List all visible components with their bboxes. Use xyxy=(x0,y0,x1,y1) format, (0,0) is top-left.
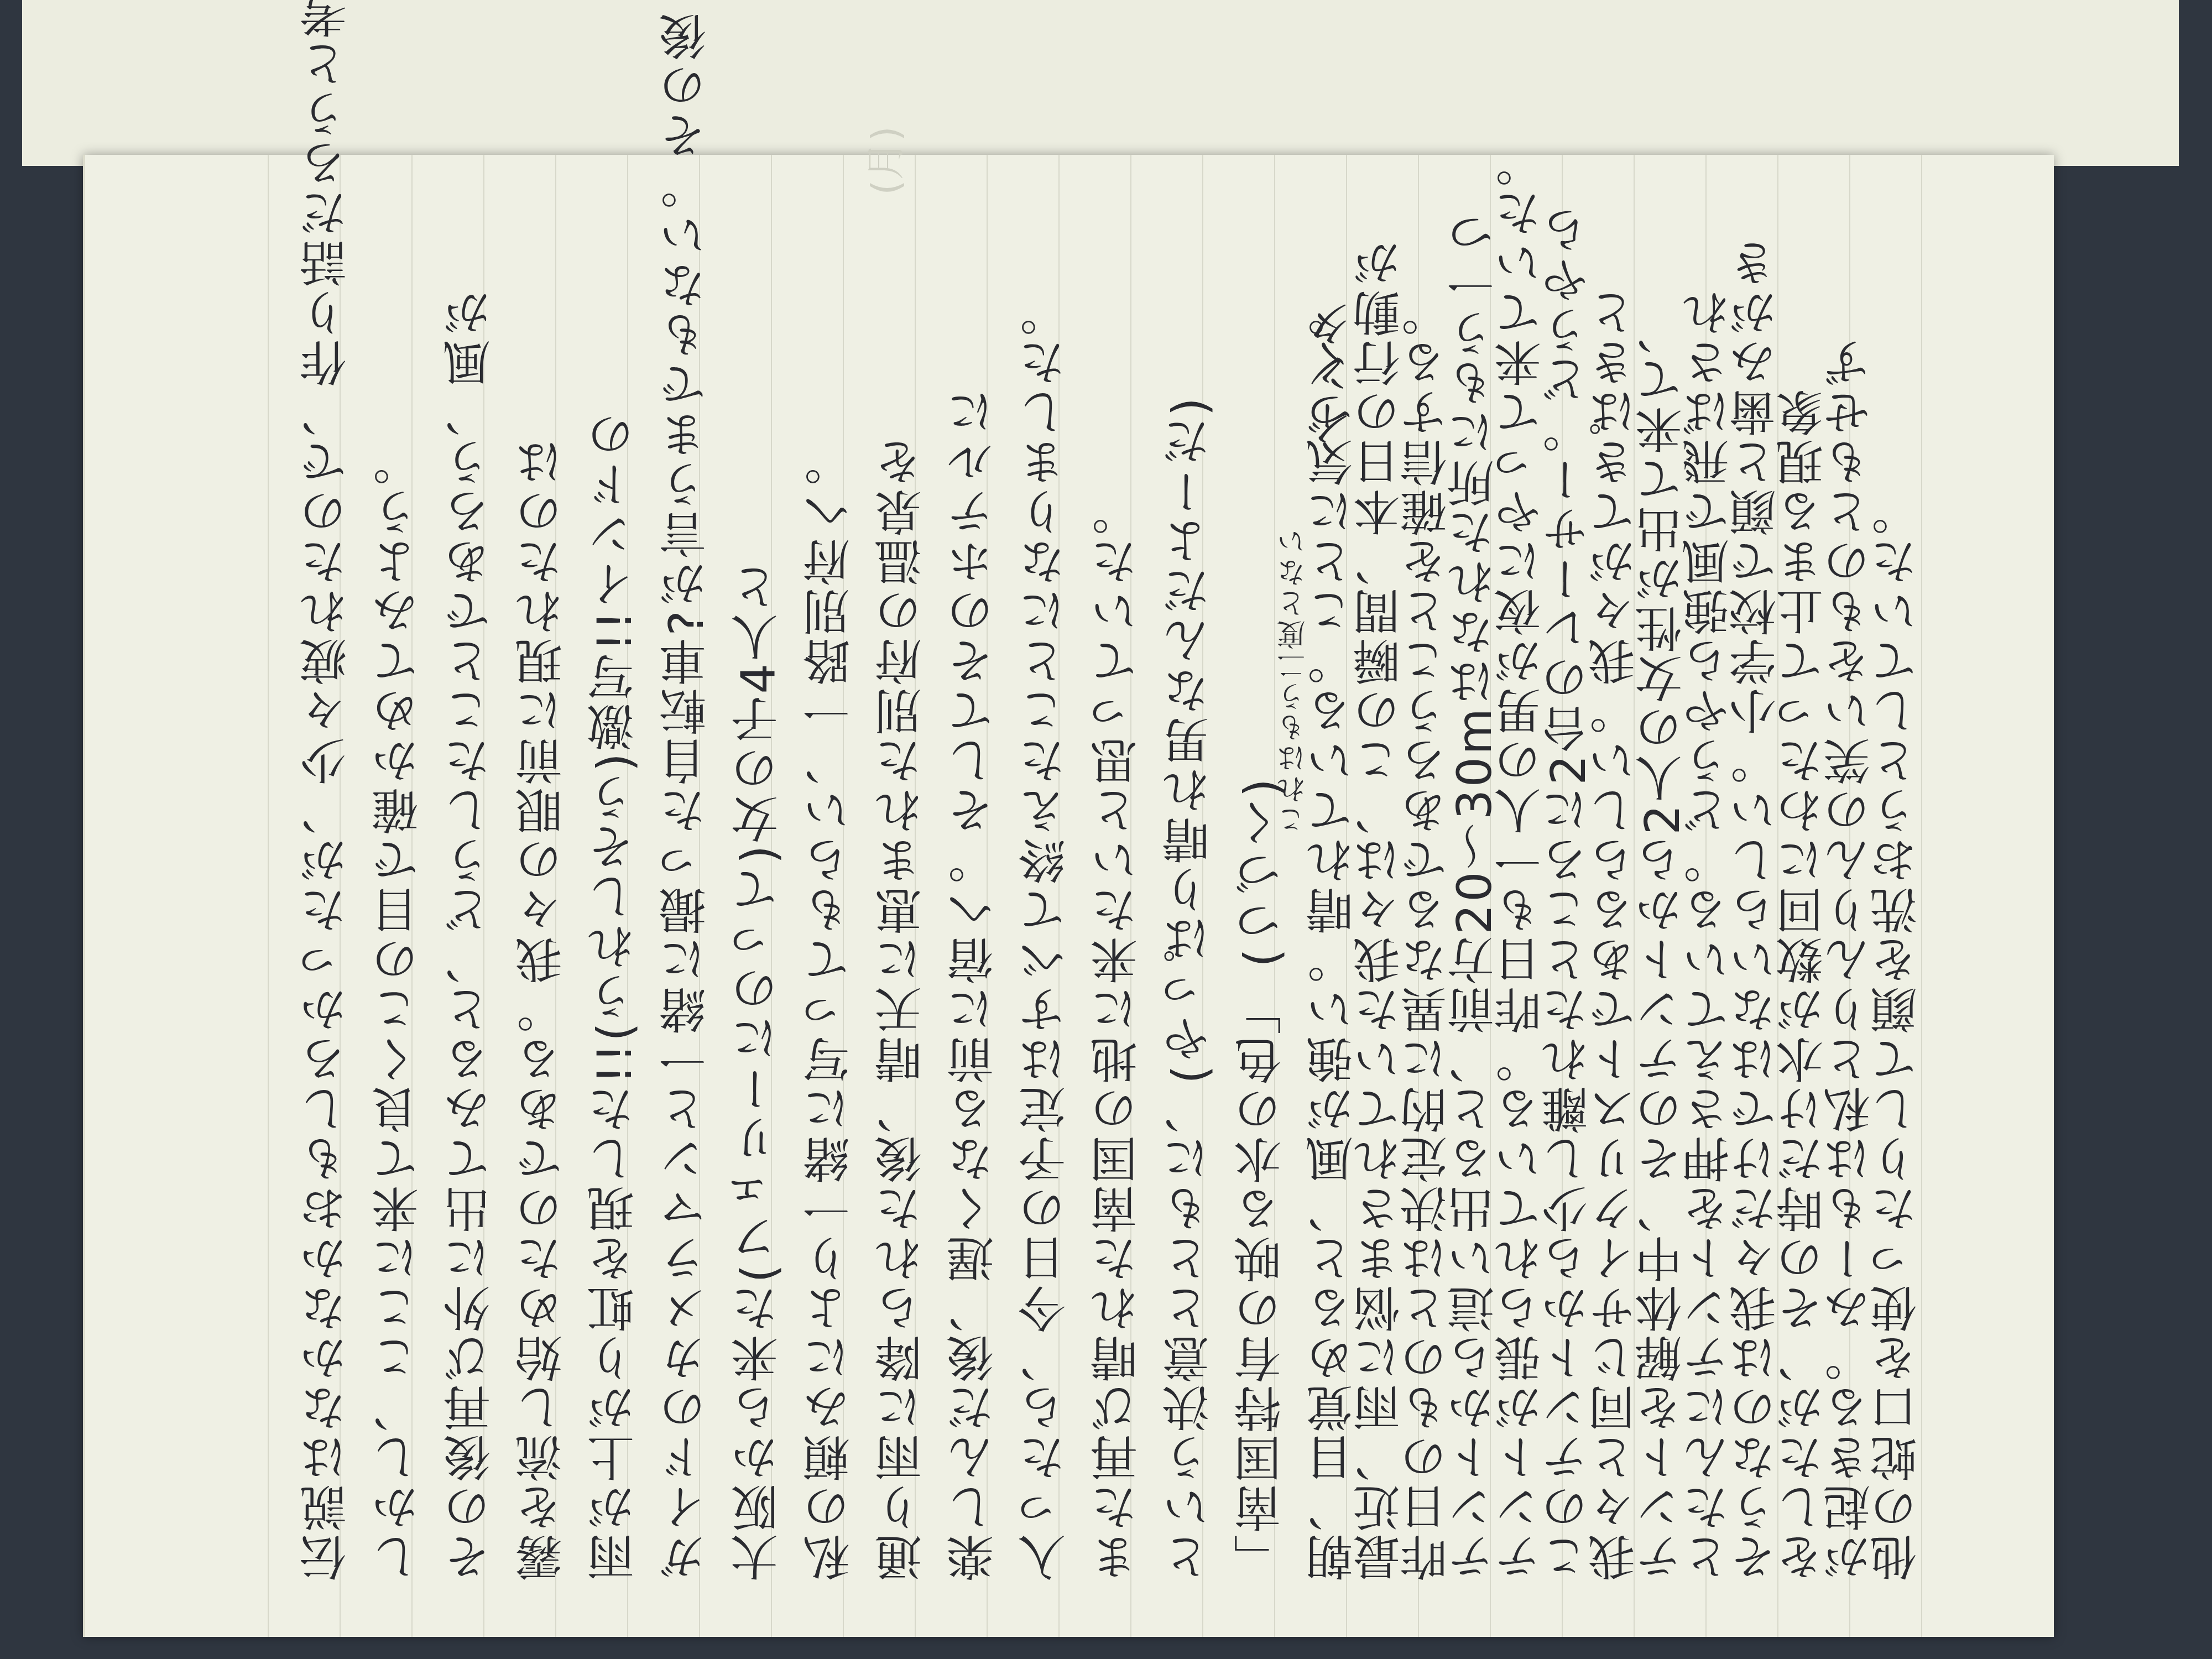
diary-line: をしたが、その時だけ水が数回にわたって止まる現象 xyxy=(1780,387,1828,1582)
diary-line: ガイドのカメラマンと一緒に撮った自転車?が言うまでもない。その後 xyxy=(663,11,711,1582)
diary-line: 「南国特有の映る水の色」 (つづく) xyxy=(1238,776,1286,1582)
diary-line: 伝説はなかなかおもしろかったが、少々疲れたので、作り話だろうと考えた。 xyxy=(304,0,351,1582)
diary-line: そうなのは我々だけではないらしい。小学校で顔と歯みがき xyxy=(1733,238,1781,1582)
diary-line: 最近、雨に悩まされていた我々は、この瞬間、本日の行動が xyxy=(1357,238,1405,1582)
diary-line: 我々と同じサイクリストであるらしい。我々がてきぱきと xyxy=(1592,288,1640,1582)
diary-line: 霧を流し始めたのである。我々の眼前に現れたのは xyxy=(519,437,567,1582)
diary-line: 入ったら、今日の予定はすべて終えたことになりました。 xyxy=(1022,288,1070,1582)
notebook-page: (月) 伝説はなかなかおもしろかったが、少々疲れたので、作り話だろうと考えた。 … xyxy=(83,155,2054,1637)
diary-line: が起きる。みーもは私とりんりんの笑いをものともせず xyxy=(1827,337,1875,1582)
diary-line: また再び晴れた南国の地に来たいと思っていた。 xyxy=(1094,487,1142,1582)
diary-line: 大阪から来た(フェリーにのって)女の子4人と xyxy=(735,562,782,1582)
diary-line: 昨日のものとは決定的に異なるであろうことを確信する。 xyxy=(1404,288,1452,1582)
diary-line: テントが張られている。昨日も一人の男が夜にやって来ていた。 xyxy=(1498,138,1546,1582)
margin-note: これはもう二度とない xyxy=(1280,525,1308,835)
diary-line: 私の頼みにより一緒に写ってもらい、一路別府へ。 xyxy=(807,437,854,1582)
diary-line: 雨が上がり虹を現した!!(うれしそう)激写!!インドの xyxy=(591,410,639,1582)
rule-line xyxy=(268,155,269,1637)
diary-line: このテントから少し離れたところに2台のレーサー。どうやら xyxy=(1545,205,1593,1582)
diary-line: 他の蛇口を使ったりして顔を洗おうとしていた。 xyxy=(1874,487,1922,1582)
date-header: (月) xyxy=(855,126,911,195)
diary-line: 楽しんだ後、遅くなる前に宿へ。そしてそのホテルに xyxy=(951,387,998,1582)
diary-line: しかし、ここに来て良くこの目で確かめてみよう。 xyxy=(375,437,423,1582)
diary-line: テントから這い出ると、前方20〜30mはなれた所にもう一つ xyxy=(1451,208,1499,1582)
diary-line: その後再び外に出てみると、どうしたことであろう、風が xyxy=(447,288,495,1582)
diary-line: テントを解体中、そのテントから2人の女性が出て来て、 xyxy=(1639,305,1687,1582)
diary-line: 通り雨に降られた後、晴天に恵まれた別府の温泉を xyxy=(879,437,926,1582)
diary-line: とたんにテントを押さえている。どうやら強風で飛ばされ xyxy=(1686,288,1734,1582)
diary-line: 朝、目覚めると、風が強い。晴れている。ことに気づく。 xyxy=(1310,288,1358,1582)
diary-line: という決意とともに、(やっぱり晴れ男なんだよーだ) xyxy=(1166,395,1214,1582)
